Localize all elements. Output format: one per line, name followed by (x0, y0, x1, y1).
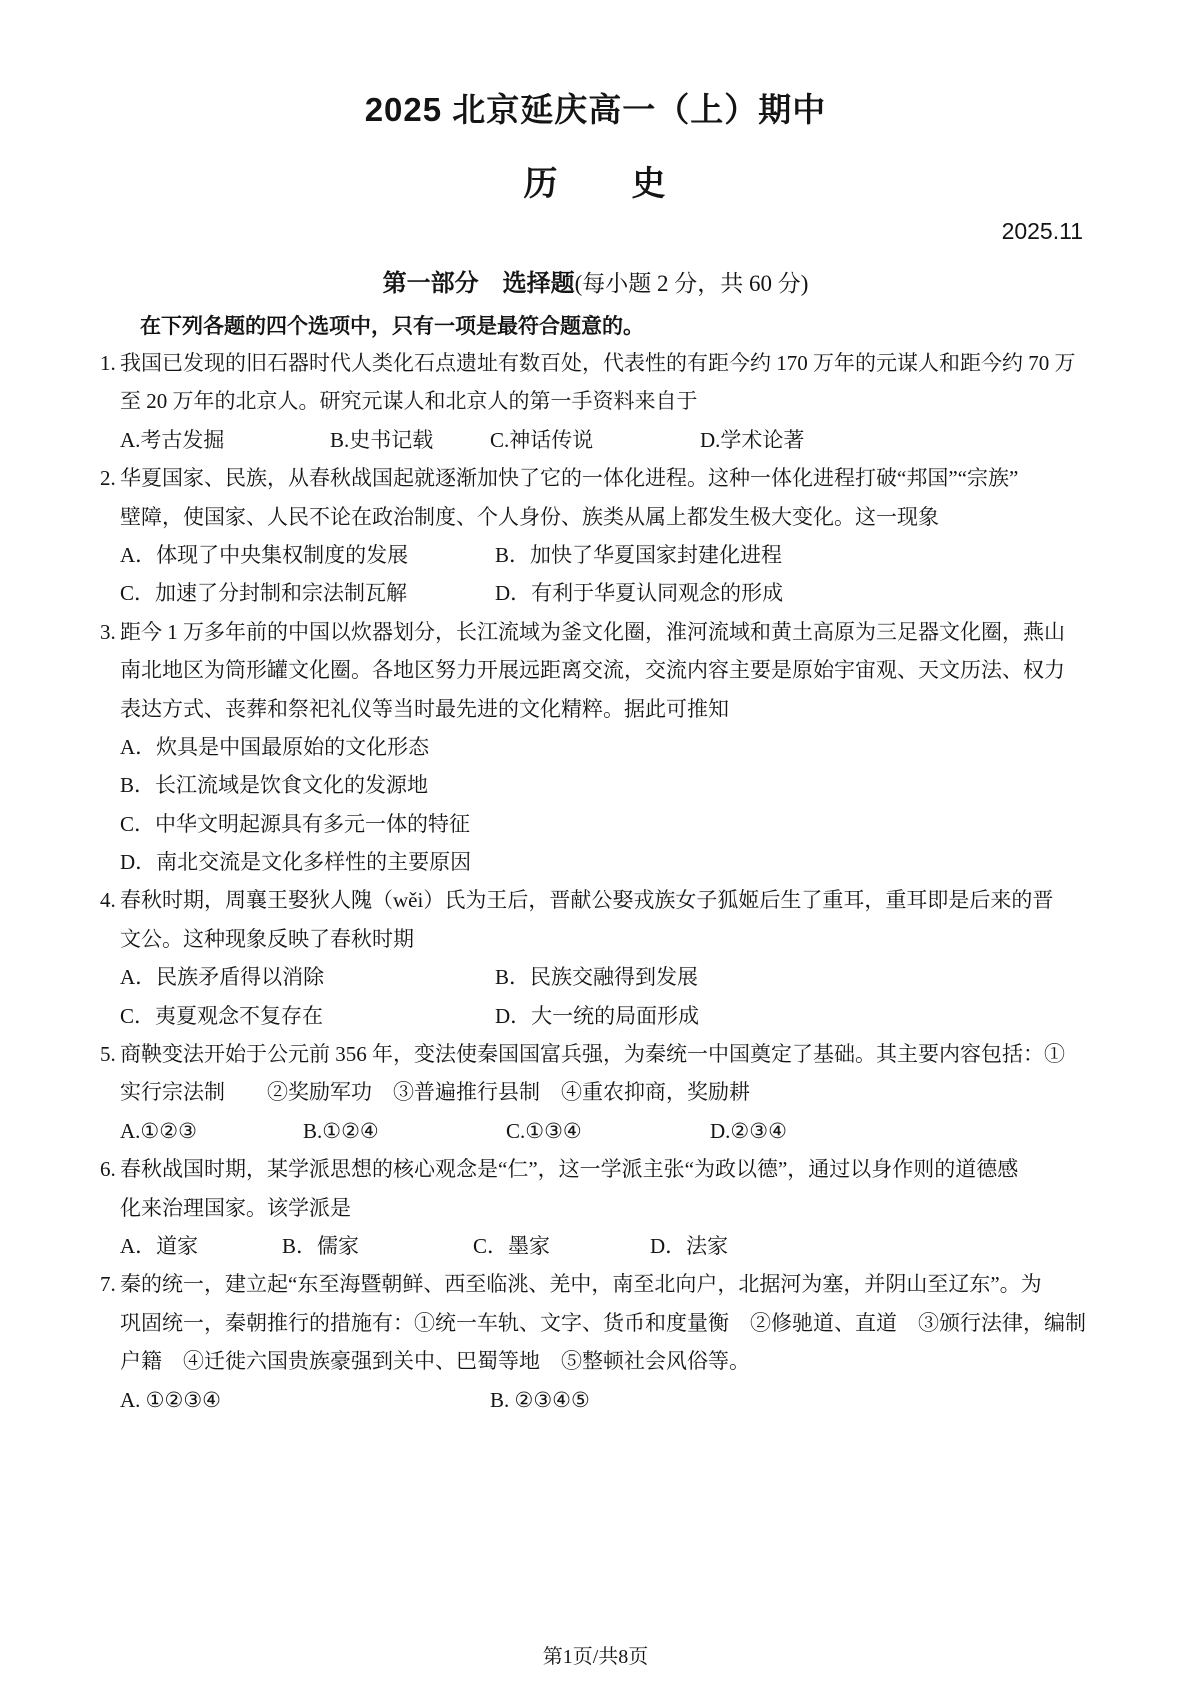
option-b: B．长江流域是饮食文化的发源地 (100, 766, 1100, 804)
option-row: C．夷夏观念不复存在 D．大一统的局面形成 (100, 997, 1100, 1035)
question-stem-line: 至 20 万年的北京人。研究元谋人和北京人的第一手资料来自于 (100, 382, 1100, 420)
question-5: 5.商鞅变法开始于公元前 356 年，变法使秦国国富兵强，为秦统一中国奠定了基础… (100, 1035, 1100, 1150)
question-stem-text: 春秋时期，周襄王娶狄人隗（wěi）氏为王后，晋献公娶戎族女子狐姬后生了重耳，重耳… (120, 888, 1053, 912)
option-c: C．中华文明起源具有多元一体的特征 (100, 805, 1100, 843)
option-c: C.神话传说 (490, 421, 593, 459)
exam-title: 2025 北京延庆高一（上）期中 (0, 84, 1191, 131)
question-7: 7.秦的统一，建立起“东至海暨朝鲜、西至临洮、羌中，南至北向户，北据河为塞，并阴… (100, 1265, 1100, 1419)
question-3: 3.距今 1 万多年前的中国以炊器划分，长江流域为釜文化圈，淮河流域和黄土高原为… (100, 613, 1100, 882)
question-1: 1.我国已发现的旧石器时代人类化石点遗址有数百处，代表性的有距今约 170 万年… (100, 344, 1100, 459)
question-stem-line: 4.春秋时期，周襄王娶狄人隗（wěi）氏为王后，晋献公娶戎族女子狐姬后生了重耳，… (100, 881, 1100, 919)
option-a: A．道家 (120, 1227, 198, 1265)
option-c: C．墨家 (473, 1227, 550, 1265)
question-number: 2. (100, 459, 120, 497)
option-row: A．体现了中央集权制度的发展 B．加快了华夏国家封建化进程 (100, 536, 1100, 574)
question-number: 4. (100, 881, 120, 919)
question-4: 4.春秋时期，周襄王娶狄人隗（wěi）氏为王后，晋献公娶戎族女子狐姬后生了重耳，… (100, 881, 1100, 1035)
section-instruction: 在下列各题的四个选项中，只有一项是最符合题意的。 (140, 310, 644, 340)
option-d: D．有利于华夏认同观念的形成 (495, 574, 783, 612)
option-a: A．体现了中央集权制度的发展 (120, 536, 408, 574)
question-number: 6. (100, 1150, 120, 1188)
question-stem-line: 5.商鞅变法开始于公元前 356 年，变法使秦国国富兵强，为秦统一中国奠定了基础… (100, 1035, 1100, 1073)
option-b: B.史书记载 (330, 421, 433, 459)
question-stem-text: 华夏国家、民族，从春秋战国起就逐渐加快了它的一体化进程。这种一体化进程打破“邦国… (120, 466, 1018, 490)
option-c: C.①③④ (506, 1112, 582, 1150)
question-stem-text: 秦的统一，建立起“东至海暨朝鲜、西至临洮、羌中，南至北向户，北据河为塞，并阴山至… (120, 1272, 1042, 1296)
question-number: 1. (100, 344, 120, 382)
question-stem-line: 文公。这种现象反映了春秋时期 (100, 920, 1100, 958)
question-stem-text: 春秋战国时期，某学派思想的核心观念是“仁”，这一学派主张“为政以德”，通过以身作… (120, 1157, 1018, 1181)
question-stem-line: 南北地区为筒形罐文化圈。各地区努力开展远距离交流，交流内容主要是原始宇宙观、天文… (100, 651, 1100, 689)
question-number: 3. (100, 613, 120, 651)
option-a: A.考古发掘 (120, 421, 224, 459)
option-b: B．加快了华夏国家封建化进程 (495, 536, 782, 574)
option-a: A. ①②③④ (120, 1381, 221, 1419)
section-heading-main: 第一部分 选择题 (383, 270, 575, 297)
question-stem-line: 表达方式、丧葬和祭祀礼仪等当时最先进的文化精粹。据此可推知 (100, 690, 1100, 728)
option-a: A.①②③ (120, 1112, 197, 1150)
question-stem-line: 6.春秋战国时期，某学派思想的核心观念是“仁”，这一学派主张“为政以德”，通过以… (100, 1150, 1100, 1188)
question-6: 6.春秋战国时期，某学派思想的核心观念是“仁”，这一学派主张“为政以德”，通过以… (100, 1150, 1100, 1265)
question-stem-line: 3.距今 1 万多年前的中国以炊器划分，长江流域为釜文化圈，淮河流域和黄土高原为… (100, 613, 1100, 651)
question-2: 2.华夏国家、民族，从春秋战国起就逐渐加快了它的一体化进程。这种一体化进程打破“… (100, 459, 1100, 613)
question-stem-line: 壁障，使国家、人民不论在政治制度、个人身份、族类从属上都发生极大变化。这一现象 (100, 498, 1100, 536)
exam-date: 2025.11 (1002, 218, 1083, 245)
question-stem-line: 2.华夏国家、民族，从春秋战国起就逐渐加快了它的一体化进程。这种一体化进程打破“… (100, 459, 1100, 497)
option-row: A．道家 B．儒家 C．墨家 D．法家 (100, 1227, 1100, 1265)
option-row: A.考古发掘 B.史书记载 C.神话传说 D.学术论著 (100, 421, 1100, 459)
question-stem-text: 距今 1 万多年前的中国以炊器划分，长江流域为釜文化圈，淮河流域和黄土高原为三足… (120, 620, 1065, 644)
option-b: B.①②④ (303, 1112, 379, 1150)
section-heading: 第一部分 选择题(每小题 2 分，共 60 分) (0, 263, 1191, 298)
option-b: B. ②③④⑤ (490, 1381, 590, 1419)
question-number: 7. (100, 1265, 120, 1303)
option-d: D．法家 (650, 1227, 728, 1265)
exam-subject: 历 史 (0, 156, 1191, 205)
question-stem-line: 1.我国已发现的旧石器时代人类化石点遗址有数百处，代表性的有距今约 170 万年… (100, 344, 1100, 382)
question-stem-text: 我国已发现的旧石器时代人类化石点遗址有数百处，代表性的有距今约 170 万年的元… (120, 351, 1076, 375)
option-c: C．加速了分封制和宗法制瓦解 (120, 574, 407, 612)
question-stem-line: 7.秦的统一，建立起“东至海暨朝鲜、西至临洮、羌中，南至北向户，北据河为塞，并阴… (100, 1265, 1100, 1303)
option-row: A. ①②③④ B. ②③④⑤ (100, 1381, 1100, 1419)
option-d: D.②③④ (710, 1112, 787, 1150)
question-number: 5. (100, 1035, 120, 1073)
option-d: D．大一统的局面形成 (495, 997, 699, 1035)
question-stem-line: 巩固统一，秦朝推行的措施有：①统一车轨、文字、货币和度量衡 ②修驰道、直道 ③颁… (100, 1304, 1100, 1342)
option-row: A．民族矛盾得以消除 B．民族交融得到发展 (100, 958, 1100, 996)
section-heading-note: (每小题 2 分，共 60 分) (575, 271, 809, 296)
page-footer: 第1页/共8页 (0, 1640, 1191, 1669)
question-stem-line: 实行宗法制 ②奖励军功 ③普遍推行县制 ④重农抑商，奖励耕 (100, 1073, 1100, 1111)
exam-page: 2025 北京延庆高一（上）期中 历 史 2025.11 第一部分 选择题(每小… (0, 0, 1191, 1684)
option-a: A．炊具是中国最原始的文化形态 (100, 728, 1100, 766)
question-stem-text: 商鞅变法开始于公元前 356 年，变法使秦国国富兵强，为秦统一中国奠定了基础。其… (120, 1042, 1065, 1066)
option-b: B．儒家 (282, 1227, 359, 1265)
option-c: C．夷夏观念不复存在 (120, 997, 323, 1035)
option-d: D．南北交流是文化多样性的主要原因 (100, 843, 1100, 881)
option-row: C．加速了分封制和宗法制瓦解 D．有利于华夏认同观念的形成 (100, 574, 1100, 612)
option-a: A．民族矛盾得以消除 (120, 958, 324, 996)
option-row: A.①②③ B.①②④ C.①③④ D.②③④ (100, 1112, 1100, 1150)
question-stem-line: 化来治理国家。该学派是 (100, 1189, 1100, 1227)
question-list: 1.我国已发现的旧石器时代人类化石点遗址有数百处，代表性的有距今约 170 万年… (100, 344, 1100, 1419)
option-d: D.学术论著 (700, 421, 804, 459)
option-b: B．民族交融得到发展 (495, 958, 698, 996)
question-stem-line: 户籍 ④迁徙六国贵族豪强到关中、巴蜀等地 ⑤整顿社会风俗等。 (100, 1342, 1100, 1380)
